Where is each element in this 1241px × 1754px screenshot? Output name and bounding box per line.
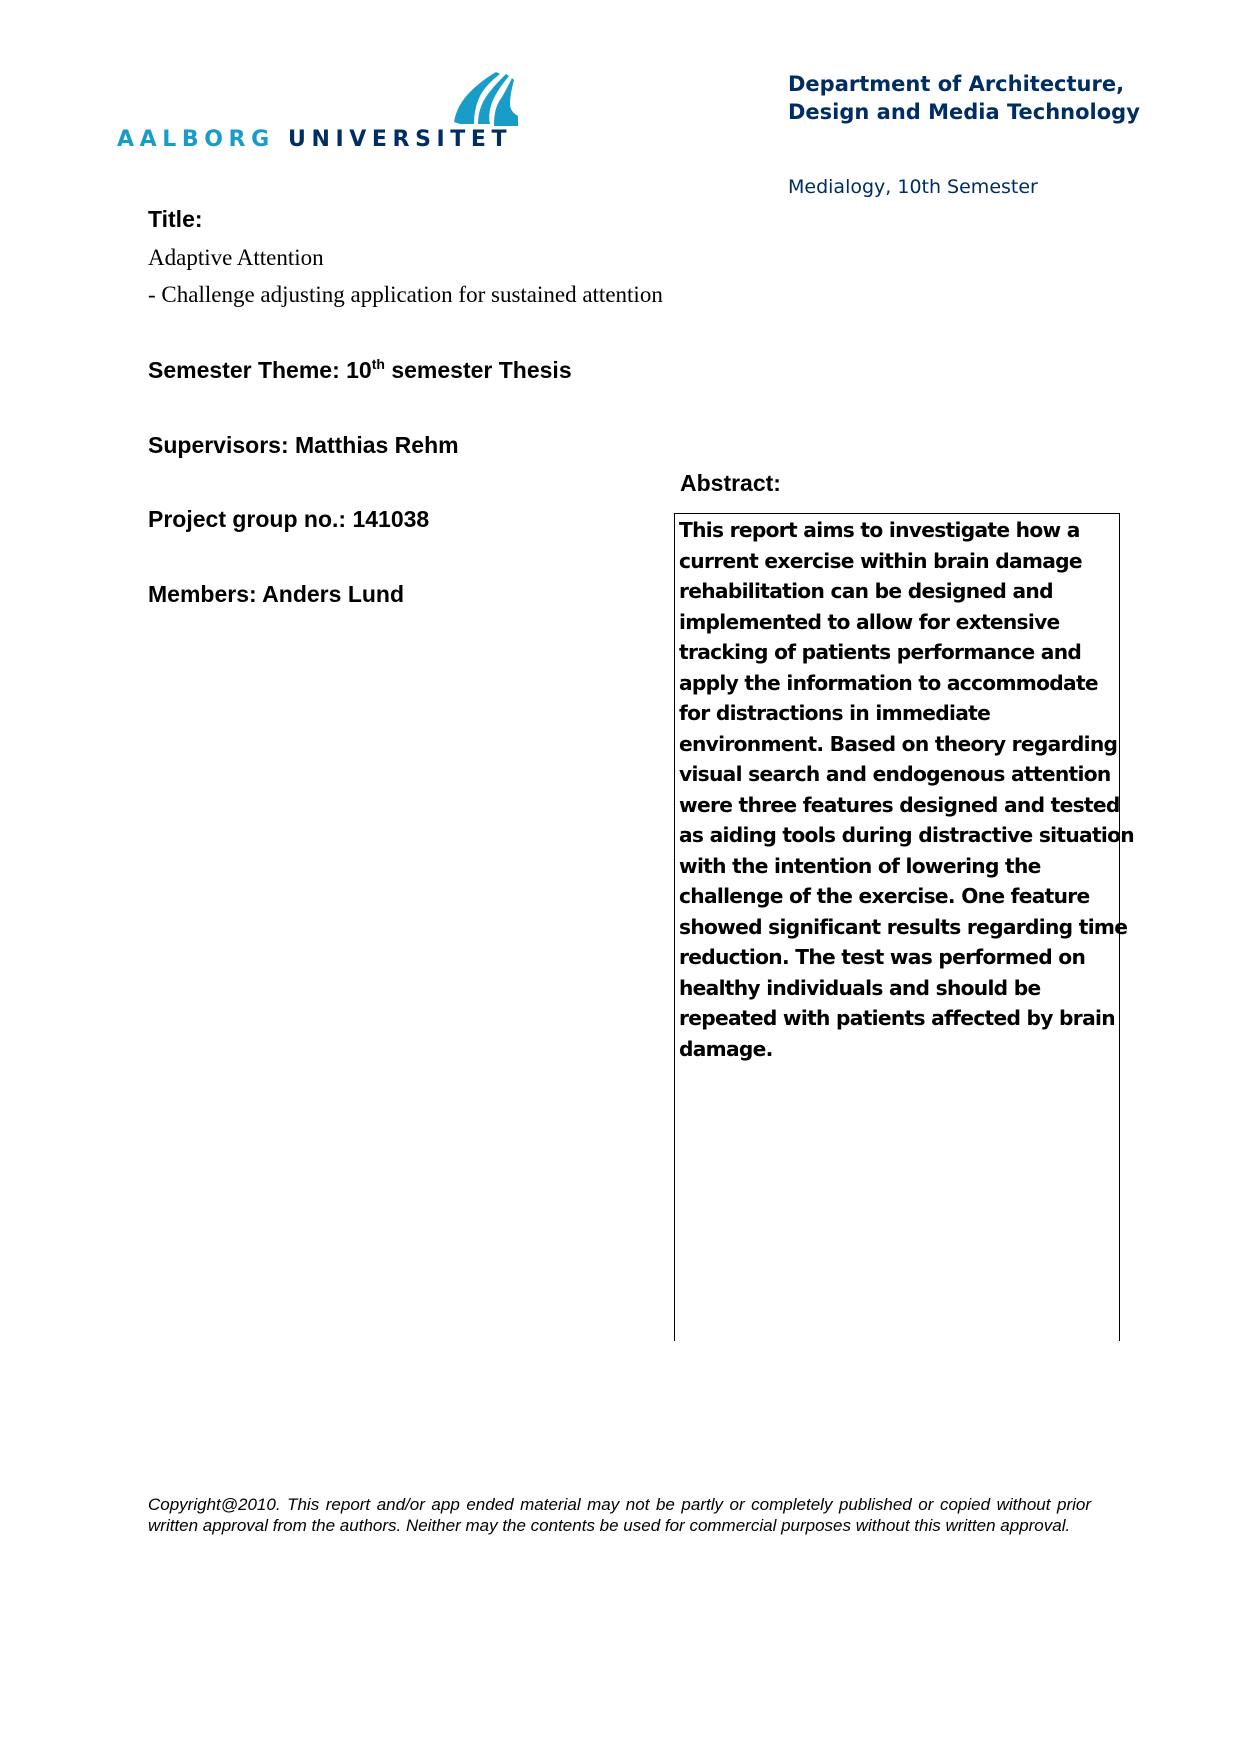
abstract-line: as aiding tools during distractive situa…: [679, 820, 1115, 851]
program-semester: Medialogy, 10th Semester: [788, 176, 1038, 198]
abstract-line: damage.: [679, 1034, 1115, 1065]
abstract-line: challenge of the exercise. One feature: [679, 881, 1115, 912]
wordmark-part1: AALBORG: [117, 127, 275, 152]
project-group: Project group no.: 141038: [148, 506, 429, 533]
copyright-notice: Copyright@2010. This report and/or app e…: [148, 1494, 1091, 1536]
abstract-line: healthy individuals and should be: [679, 973, 1115, 1004]
report-subtitle: - Challenge adjusting application for su…: [148, 282, 663, 308]
abstract-line: rehabilitation can be designed and: [679, 576, 1115, 607]
report-title: Adaptive Attention: [148, 245, 324, 271]
abstract-box: This report aims to investigate how acur…: [674, 513, 1120, 1341]
abstract-text: This report aims to investigate how acur…: [679, 515, 1115, 1064]
theme-prefix: Semester Theme: 10: [148, 357, 372, 383]
abstract-line: implemented to allow for extensive: [679, 607, 1115, 638]
abstract-line: reduction. The test was performed on: [679, 942, 1115, 973]
department-line2: Design and Media Technology: [788, 98, 1140, 126]
members: Members: Anders Lund: [148, 581, 404, 608]
department-heading: Department of Architecture, Design and M…: [788, 70, 1140, 126]
theme-superscript: th: [372, 356, 385, 372]
abstract-line: repeated with patients affected by brain: [679, 1003, 1115, 1034]
abstract-line: for distractions in immediate: [679, 698, 1115, 729]
wordmark-part2: UNIVERSITET: [288, 127, 512, 152]
abstract-line: current exercise within brain damage: [679, 546, 1115, 577]
abstract-line: tracking of patients performance and: [679, 637, 1115, 668]
semester-theme: Semester Theme: 10th semester Thesis: [148, 357, 572, 384]
supervisors: Supervisors: Matthias Rehm: [148, 432, 459, 459]
department-line1: Department of Architecture,: [788, 70, 1140, 98]
theme-suffix: semester Thesis: [385, 357, 572, 383]
abstract-label: Abstract:: [680, 470, 781, 497]
abstract-line: environment. Based on theory regarding: [679, 729, 1115, 760]
university-wordmark: AALBORG UNIVERSITET: [117, 127, 512, 152]
abstract-line: apply the information to accommodate: [679, 668, 1115, 699]
abstract-line: showed significant results regarding tim…: [679, 912, 1115, 943]
aau-waves-logo-icon: [452, 70, 518, 126]
abstract-line: with the intention of lowering the: [679, 851, 1115, 882]
abstract-line: visual search and endogenous attention: [679, 759, 1115, 790]
abstract-line: were three features designed and tested: [679, 790, 1115, 821]
abstract-line: This report aims to investigate how a: [679, 515, 1115, 546]
title-label: Title:: [148, 206, 203, 233]
